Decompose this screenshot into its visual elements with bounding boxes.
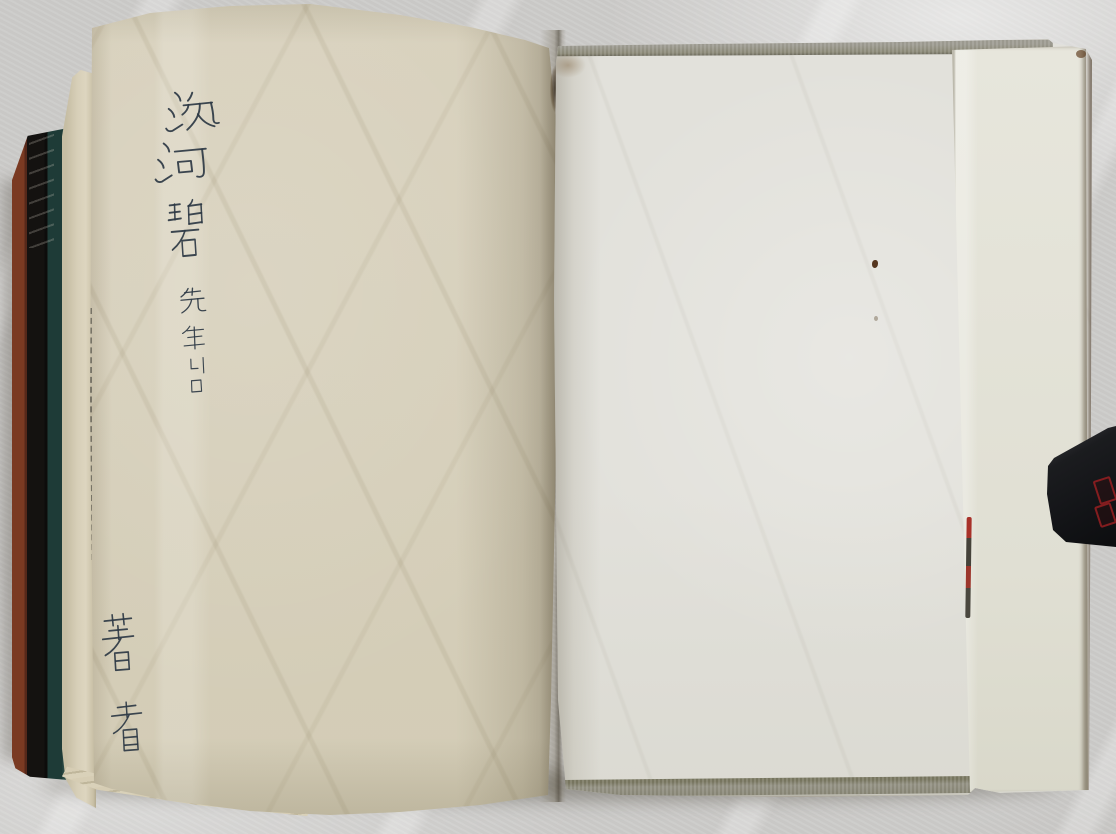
hanja-saeng-glyph — [177, 324, 217, 358]
left-flyleaf-page: 沈河碧 先生님 著者 — [88, 2, 560, 820]
inscription-signature-text: 著者 — [88, 2, 89, 3]
hanja-jeo-glyph — [96, 612, 148, 692]
gutter-top-stain — [556, 54, 596, 82]
hangul-nim-glyph — [180, 356, 216, 404]
clip-red-emblem-top — [1093, 476, 1116, 505]
foxing-spot — [872, 260, 878, 268]
cover-cloth-bottom-trim — [562, 776, 974, 797]
right-endpaper-page — [552, 38, 1092, 798]
book-cover-edge — [12, 128, 68, 780]
jacket-flap-fold — [952, 46, 1088, 794]
hanja-ja-glyph — [105, 700, 153, 770]
flap-corner-wear — [1076, 50, 1086, 58]
hanja-ha-glyph — [150, 140, 212, 198]
hanja-byeok-glyph — [164, 198, 214, 266]
inscription-recipient-text: 沈河碧 — [88, 2, 89, 3]
hanja-shim-glyph — [160, 88, 222, 146]
hanja-seon-glyph — [174, 286, 218, 328]
photo-scene: 沈河碧 先生님 著者 — [0, 0, 1116, 834]
clip-red-emblem-bottom — [1094, 502, 1116, 528]
inscription-honorific-text: 先生님 — [88, 2, 89, 3]
foxing-spot-faint — [874, 316, 878, 321]
